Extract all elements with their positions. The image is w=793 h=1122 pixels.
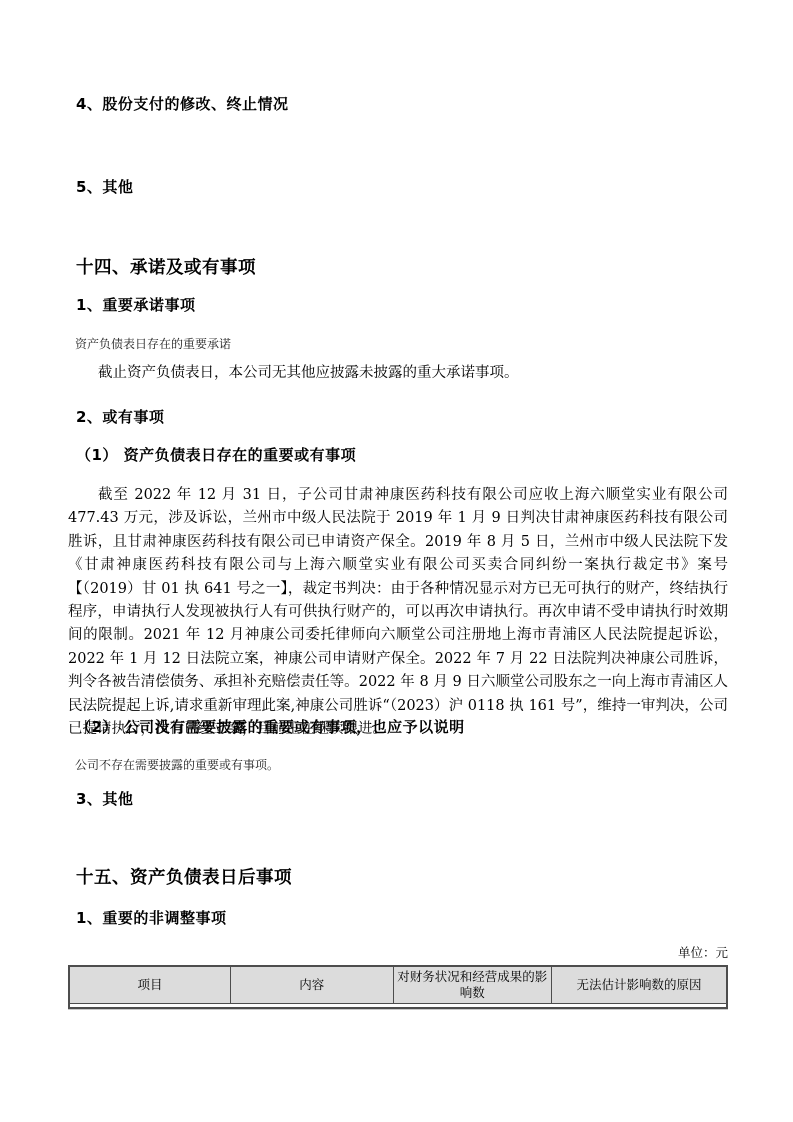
unit-label: 单位：元 (68, 943, 728, 961)
heading-important-non-adjusting-events: 1、重要的非调整事项 (68, 907, 728, 928)
heading-chapter-14-commitments-contingencies: 十四、承诺及或有事项 (68, 254, 728, 279)
table-header-item: 项目 (69, 966, 231, 1004)
table-empty-body-row (69, 1004, 727, 1009)
heading-important-contingencies-balance-sheet-date: （1） 资产负债表日存在的重要或有事项 (68, 444, 728, 465)
post-balance-events-table: 项目 内容 对财务状况和经营成果的影响数 无法估计影响数的原因 (68, 965, 728, 1009)
heading-chapter-15-post-balance-sheet-events: 十五、资产负债表日后事项 (68, 864, 728, 889)
heading-share-payment-modification: 4、股份支付的修改、终止情况 (68, 93, 728, 114)
table-header-content: 内容 (231, 966, 394, 1004)
table-header-reason-unestimable: 无法估计影响数的原因 (552, 966, 727, 1004)
paragraph-litigation-detail: 截至 2022 年 12 月 31 日，子公司甘肃神康医药科技有限公司应收上海六… (68, 484, 728, 741)
paragraph-no-contingencies: 公司不存在需要披露的重要或有事项。 (68, 756, 728, 773)
table-header-financial-impact: 对财务状况和经营成果的影响数 (393, 966, 552, 1004)
paragraph-no-undisclosed-commitments: 截止资产负债表日，本公司无其他应披露未披露的重大承诺事项。 (68, 362, 728, 385)
heading-contingencies: 2、或有事项 (68, 406, 728, 427)
note-balance-sheet-commitments: 资产负债表日存在的重要承诺 (68, 335, 728, 352)
report-content: 4、股份支付的修改、终止情况 5、其他 十四、承诺及或有事项 1、重要承诺事项 … (68, 0, 728, 1122)
heading-other-3: 3、其他 (68, 788, 728, 809)
table-header-row: 项目 内容 对财务状况和经营成果的影响数 无法估计影响数的原因 (69, 966, 727, 1004)
report-page: 4、股份支付的修改、终止情况 5、其他 十四、承诺及或有事项 1、重要承诺事项 … (0, 0, 793, 1122)
heading-important-commitments: 1、重要承诺事项 (68, 294, 728, 315)
heading-other-5: 5、其他 (68, 176, 728, 197)
post-balance-events-table-wrap: 项目 内容 对财务状况和经营成果的影响数 无法估计影响数的原因 (68, 965, 728, 1009)
heading-no-contingencies-disclosure: （2） 公司没有需要披露的重要或有事项，也应予以说明 (68, 716, 728, 737)
